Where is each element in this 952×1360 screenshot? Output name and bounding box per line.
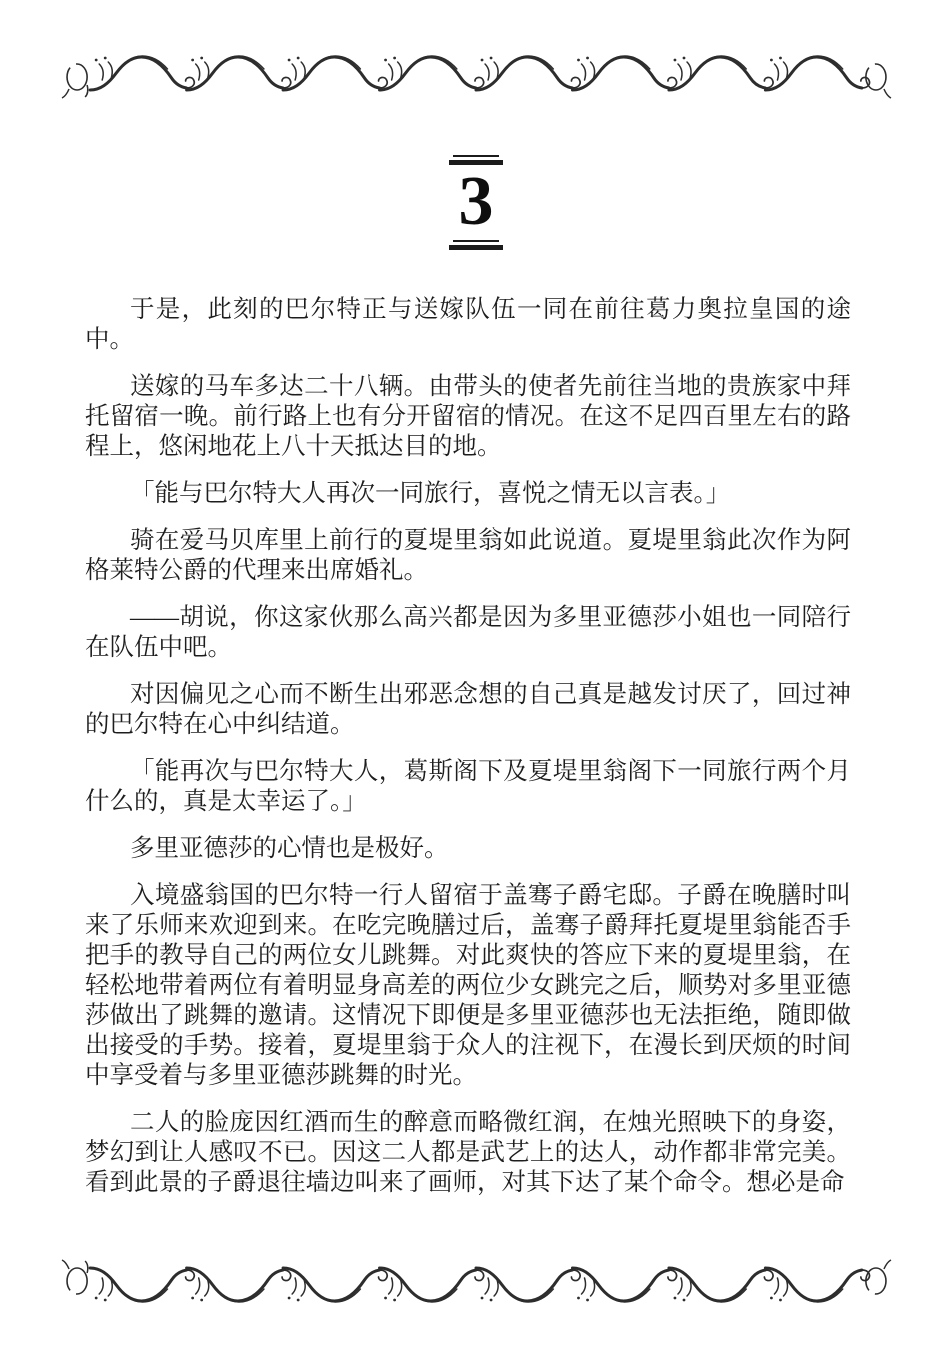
chapter-heading: 3: [0, 155, 952, 250]
thick-rule: [449, 245, 503, 250]
paragraph: 于是，此刻的巴尔特正与送嫁队伍一同在前往葛力奥拉皇国的途中。: [85, 295, 851, 355]
paragraph: 对因偏见之心而不断生出邪恶念想的自己真是越发讨厌了，回过神的巴尔特在心中纠结道。: [85, 680, 851, 740]
thin-rule: [453, 155, 499, 157]
double-rule-below-chapter: [449, 240, 503, 250]
decorative-scroll-border-bottom-icon: [60, 1258, 892, 1308]
paragraph: 多里亚德莎的心情也是极好。: [85, 834, 851, 864]
paragraph: 送嫁的马车多达二十八辆。由带头的使者先前往当地的贵族家中拜托留宿一晚。前行路上也…: [85, 372, 851, 462]
body-text: 于是，此刻的巴尔特正与送嫁队伍一同在前往葛力奥拉皇国的途中。 送嫁的马车多达二十…: [85, 295, 851, 1215]
paragraph-inner-monologue: ——胡说，你这家伙那么高兴都是因为多里亚德莎小姐也一同陪行在队伍中吧。: [85, 603, 851, 663]
thin-rule: [453, 240, 499, 242]
paragraph: 二人的脸庞因红酒而生的醉意而略微红润，在烛光照映下的身姿，梦幻到让人感叹不已。因…: [85, 1108, 851, 1198]
paragraph: 入境盛翁国的巴尔特一行人留宿于盖骞子爵宅邸。子爵在晚膳时叫来了乐师来欢迎到来。在…: [85, 881, 851, 1091]
paragraph-dialogue: 「能与巴尔特大人再次一同旅行，喜悦之情无以言表。」: [85, 479, 851, 509]
chapter-number: 3: [459, 171, 494, 233]
decorative-scroll-border-top-icon: [60, 50, 892, 100]
book-page: 3 于是，此刻的巴尔特正与送嫁队伍一同在前往葛力奥拉皇国的途中。 送嫁的马车多达…: [0, 0, 952, 1360]
paragraph: 骑在爱马贝库里上前行的夏堤里翁如此说道。夏堤里翁此次作为阿格莱特公爵的代理来出席…: [85, 526, 851, 586]
paragraph-dialogue: 「能再次与巴尔特大人，葛斯阁下及夏堤里翁阁下一同旅行两个月什么的，真是太幸运了。…: [85, 757, 851, 817]
